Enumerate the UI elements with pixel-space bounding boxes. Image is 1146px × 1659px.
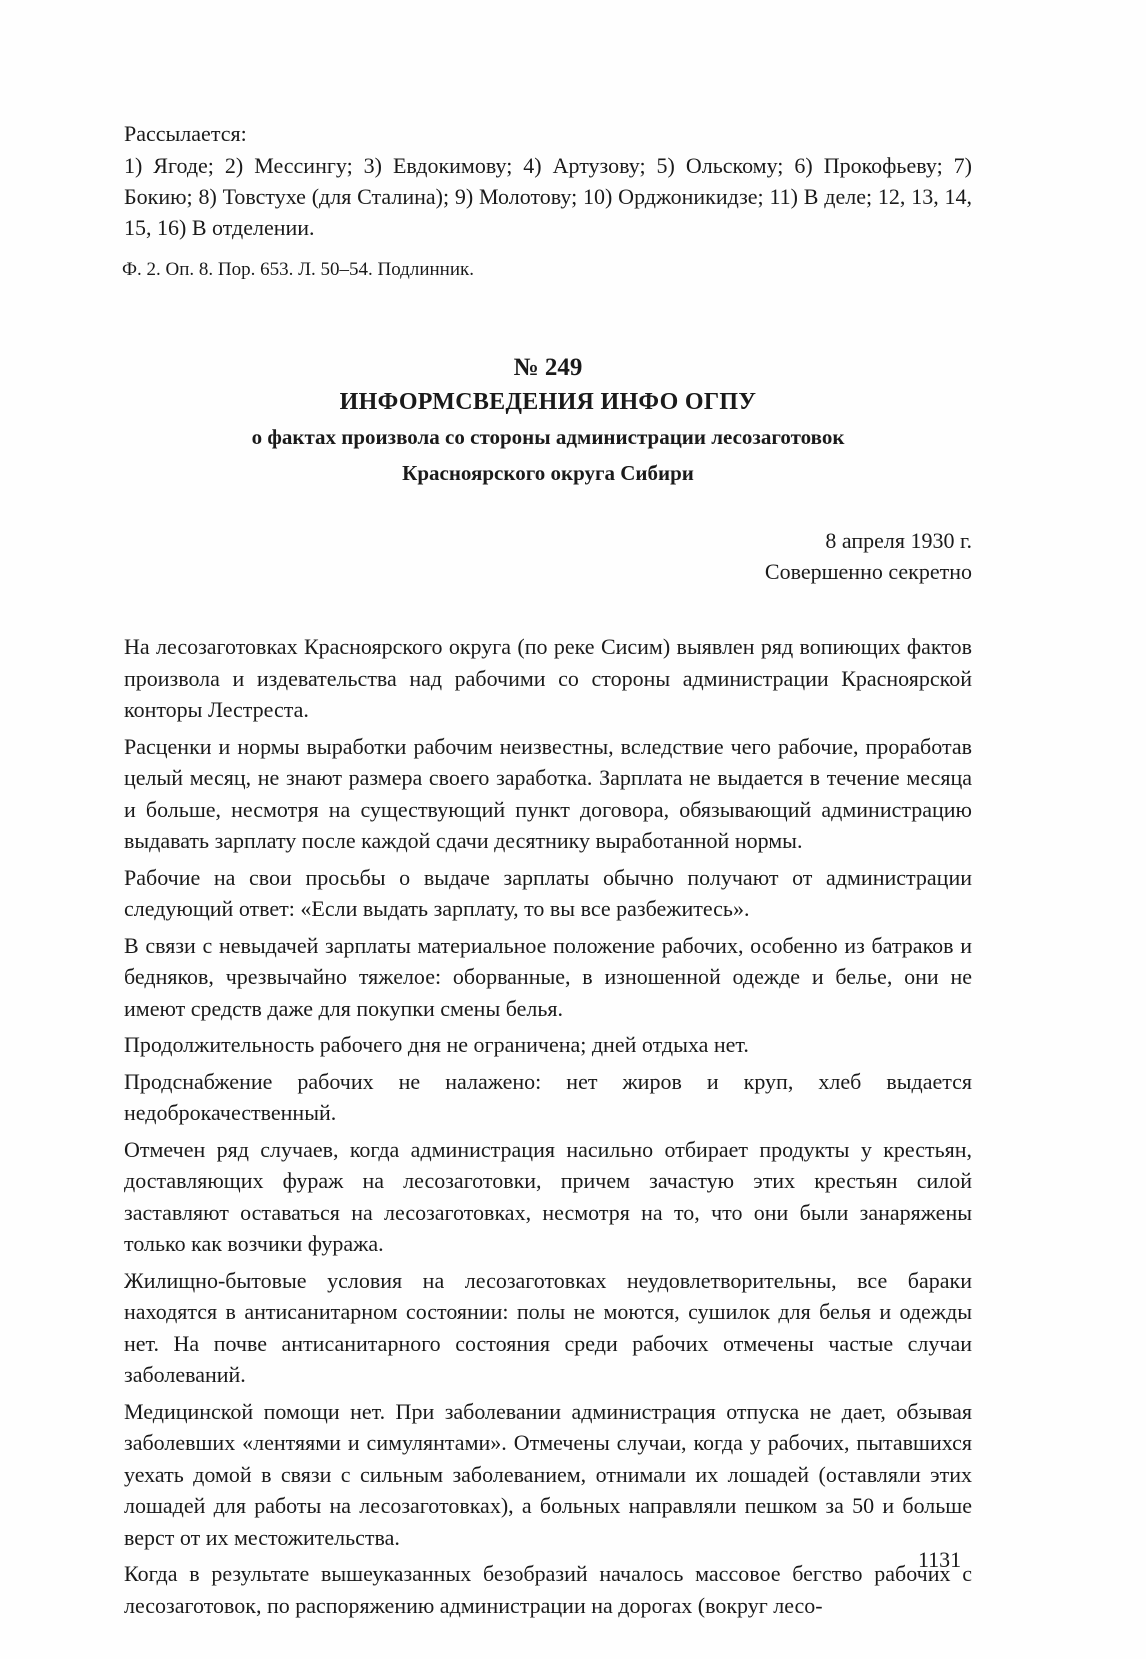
distribution-label: Рассылается: [124,118,972,150]
document-subject-line-2: Красноярского округа Сибири [124,455,972,491]
paragraph: На лесозаготовках Красноярского округа (… [124,631,972,726]
paragraph: Рабочие на свои просьбы о выдаче зарплат… [124,862,972,925]
paragraph: Отмечен ряд случаев, когда администрация… [124,1134,972,1260]
paragraph: Расценки и нормы выработки рабочим неизв… [124,731,972,857]
document-date: 8 апреля 1930 г. [124,525,972,556]
document-subject-line-1: о фактах произвола со стороны администра… [124,419,972,455]
document-meta: 8 апреля 1930 г. Совершенно секретно [124,525,972,587]
document-number: № 249 [124,351,972,385]
paragraph: Продснабжение рабочих не налажено: нет ж… [124,1066,972,1129]
paragraph: В связи с невыдачей зарплаты материально… [124,930,972,1025]
classification-label: Совершенно секретно [124,556,972,587]
document-header: № 249 ИНФОРМСВЕДЕНИЯ ИНФО ОГПУ о фактах … [124,351,972,491]
distribution-list: 1) Ягоде; 2) Мессингу; 3) Евдокимову; 4)… [124,150,972,243]
document-page: Рассылается: 1) Ягоде; 2) Мессингу; 3) Е… [0,0,1146,1659]
archive-reference: Ф. 2. Оп. 8. Пор. 653. Л. 50–54. Подлинн… [122,257,972,283]
page-number: 1131 [918,1546,961,1574]
paragraph: Жилищно-бытовые условия на лесозаготовка… [124,1265,972,1391]
document-type: ИНФОРМСВЕДЕНИЯ ИНФО ОГПУ [124,385,972,419]
paragraph: Продолжительность рабочего дня не ограни… [124,1029,972,1061]
paragraph: Медицинской помощи нет. При заболевании … [124,1396,972,1554]
document-body: На лесозаготовках Красноярского округа (… [124,631,972,1621]
page-content: Рассылается: 1) Ягоде; 2) Мессингу; 3) Е… [124,118,972,1626]
paragraph: Когда в результате вышеуказанных безобра… [124,1558,972,1621]
